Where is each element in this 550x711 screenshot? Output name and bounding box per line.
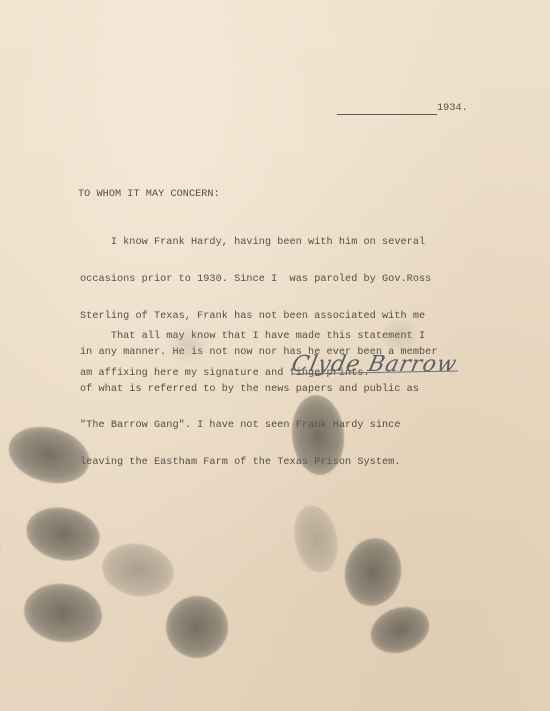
ink-smudge: [165, 325, 210, 365]
text-line: I know Frank Hardy, having been with him…: [80, 237, 437, 249]
text-line: "The Barrow Gang". I have not seen Frank…: [80, 420, 437, 432]
ink-smudge: [380, 318, 420, 353]
text-line: leaving the Eastham Farm of the Texas Pr…: [80, 457, 437, 469]
letter-date: 1934.: [437, 103, 468, 115]
date-blank-line: [337, 114, 437, 115]
salutation: TO WHOM IT MAY CONCERN:: [78, 189, 220, 201]
body-paragraph-2: That all may know that I have made this …: [80, 307, 425, 392]
text-line: occasions prior to 1930. Since I was par…: [80, 274, 437, 286]
margin-annotation: R.E.W. 8/1: [0, 495, 2, 552]
text-line: That all may know that I have made this …: [80, 331, 425, 343]
